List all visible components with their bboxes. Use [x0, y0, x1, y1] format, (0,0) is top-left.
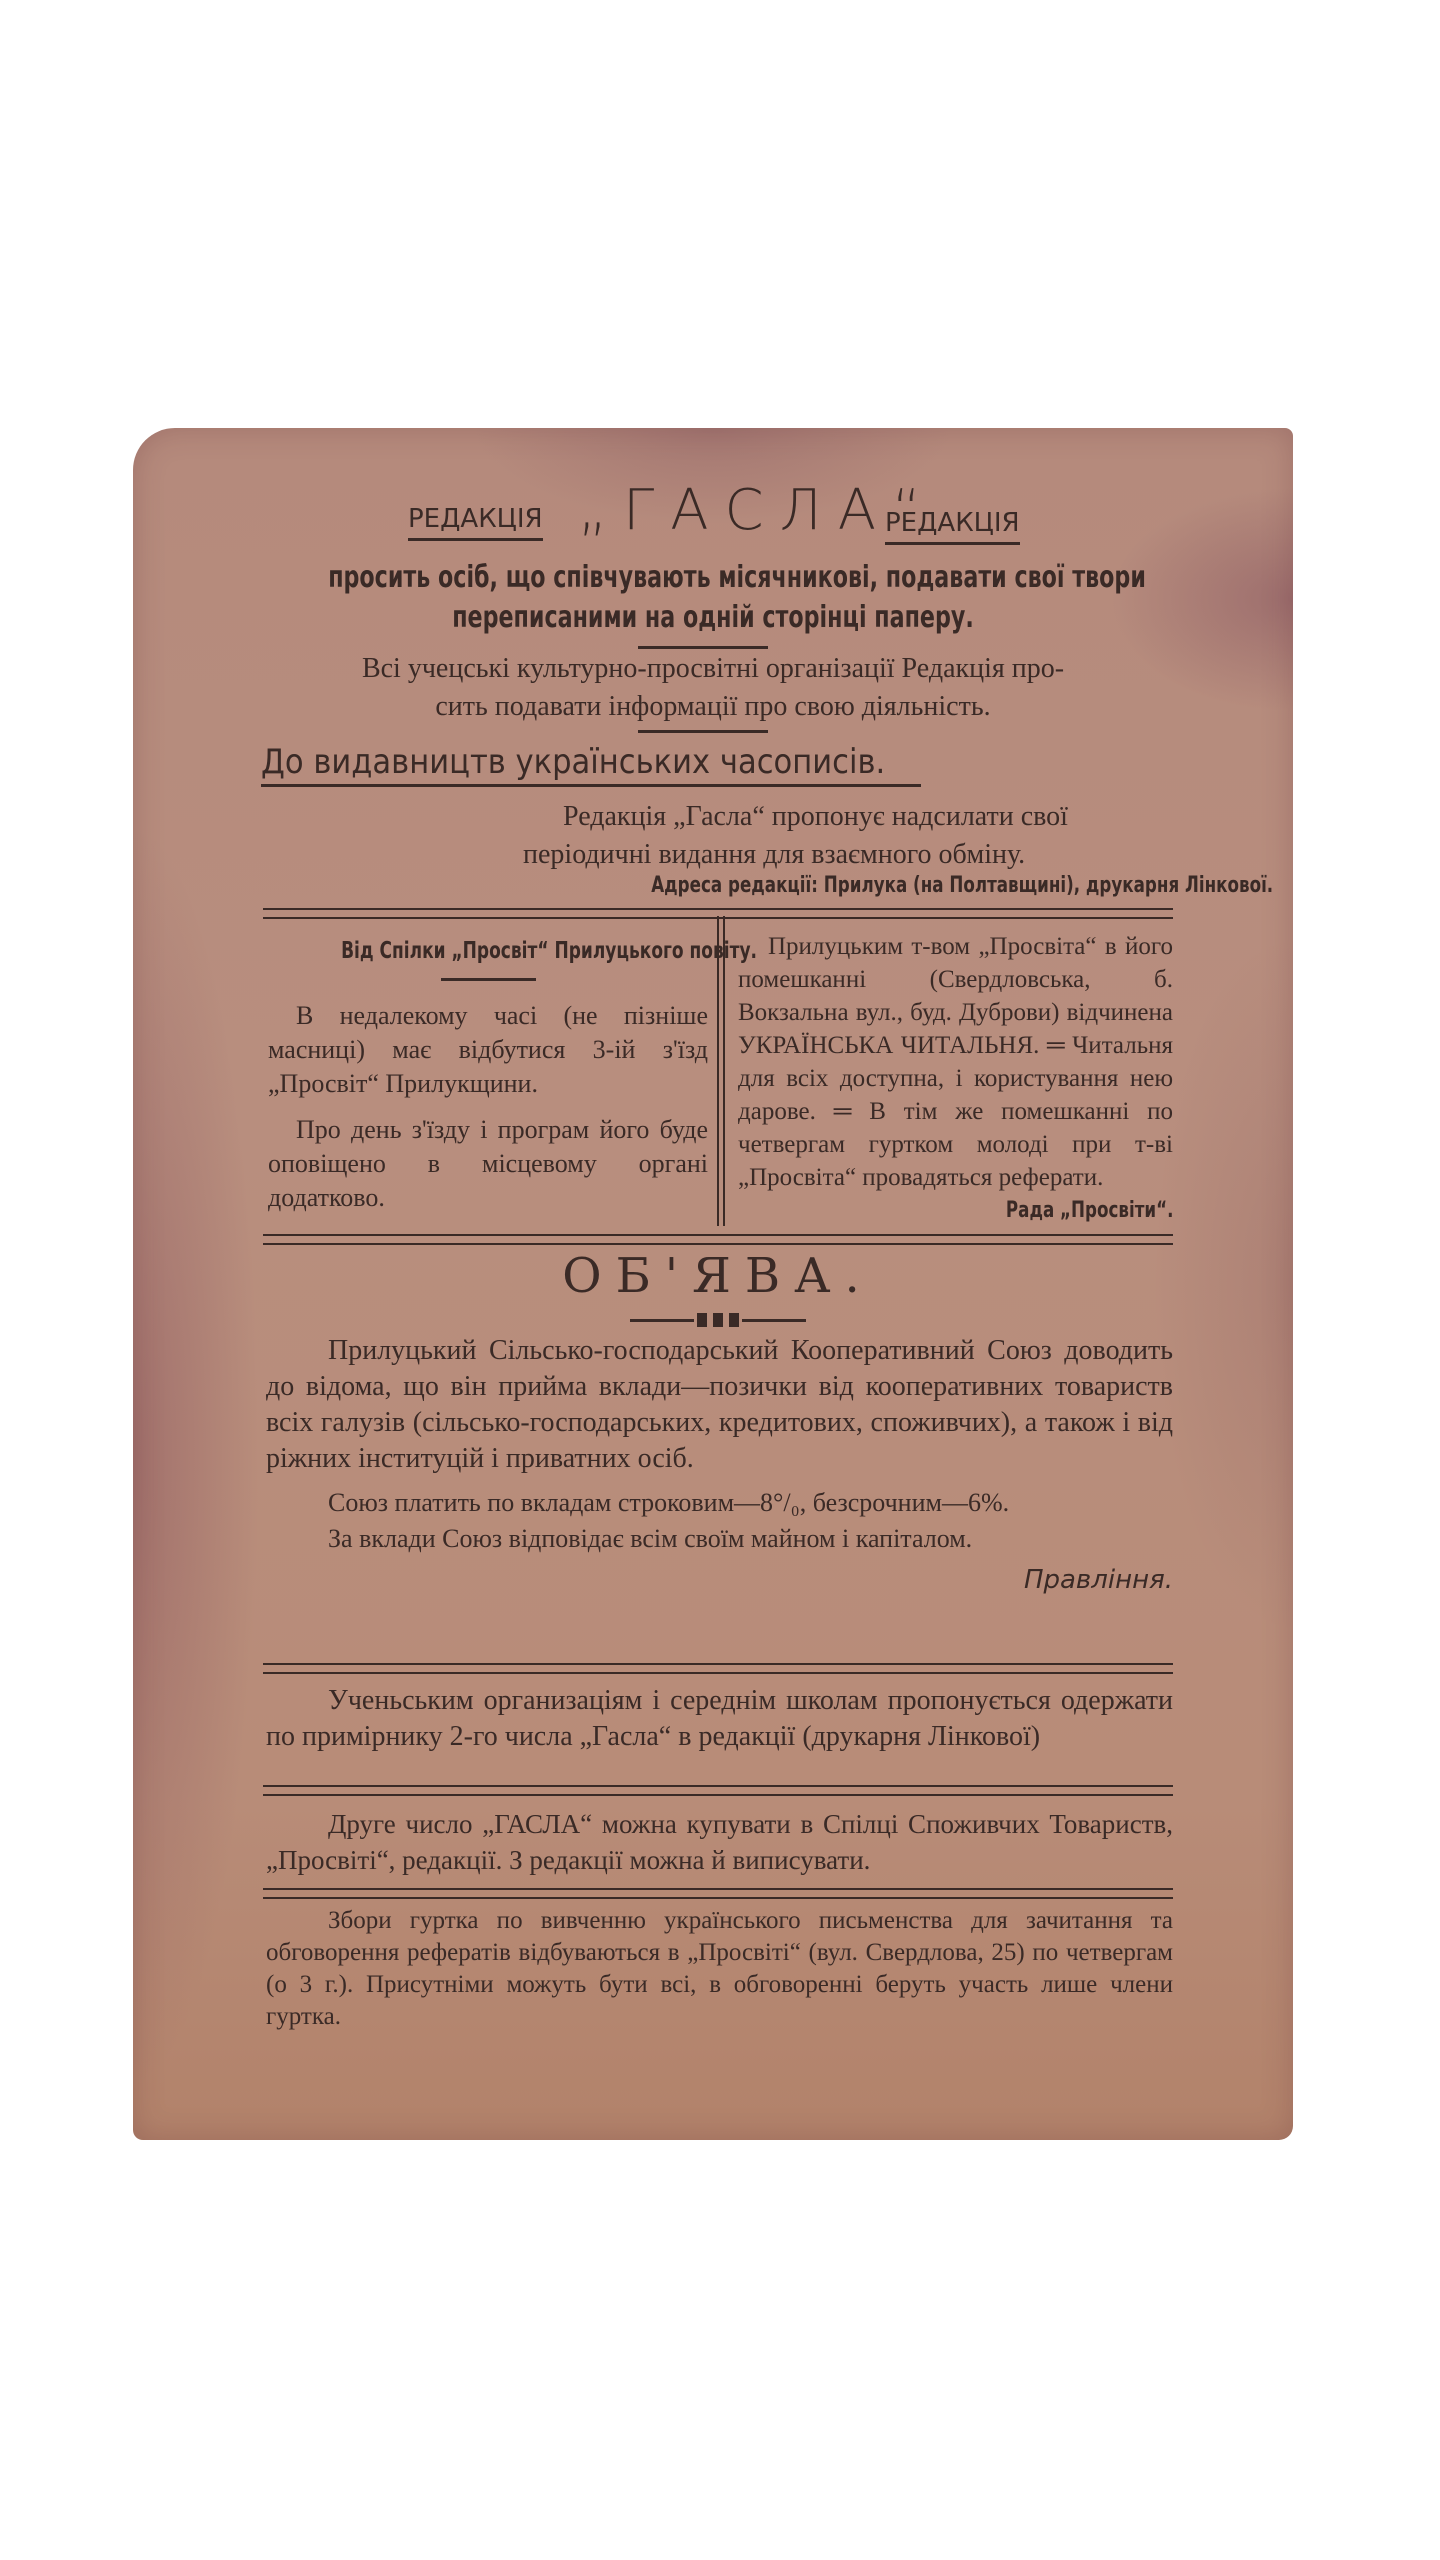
announcement-paragraph: Прилуцький Сільсько-господарський Коопер…	[266, 1333, 1173, 1477]
section-divider	[263, 1888, 1173, 1899]
left-column-paragraph-2: Про день з'їзду і програм його буде опов…	[268, 1113, 708, 1215]
publishers-line-1: Редакція „Гасла“ пропонує надсилати свої	[523, 798, 1163, 836]
reading-room-notice: Прилуцьким т-вом „Просвіта“ в його помеш…	[738, 930, 1173, 1194]
divider	[638, 646, 768, 649]
newspaper-title: „ГАСЛА“	[578, 478, 937, 543]
title-ornament	[263, 1313, 1173, 1327]
column-rule	[723, 916, 725, 1226]
organizations-line-1: Всі учецські культурно-просвітні організ…	[243, 650, 1183, 688]
circle-notice: Збори гуртка по вивченню українського пи…	[266, 1905, 1173, 2033]
circle-notice-text: Збори гуртка по вивченню українського пи…	[266, 1905, 1173, 2033]
publishers-line-2: періодичні видання для взаємного обміну.	[523, 836, 1163, 874]
publishers-heading: До видавництв українських часописів.	[261, 740, 921, 787]
newspaper-page: РЕДАКЦІЯ „ГАСЛА“ РЕДАКЦІЯ просить осіб, …	[133, 428, 1293, 2140]
sales-notice: Друге число „ГАСЛА“ можна купувати в Спі…	[266, 1806, 1173, 1878]
section-divider	[263, 1234, 1173, 1245]
submission-request: просить осіб, що співчувають місячникові…	[193, 558, 1233, 638]
right-column-signature-text: Рада „Просвіти“.	[1005, 1198, 1173, 1223]
left-column: Від Спілки „Просвіт“ Прилуцького повіту.…	[268, 920, 708, 1215]
deposit-rates: Союз платить по вкладам строковим—8°/₀, …	[328, 1485, 1173, 1521]
left-column-paragraph-1: В недалекому часі (не пізніше масниці) м…	[268, 999, 708, 1101]
organizations-notice: Всі учецські культурно-просвітні організ…	[243, 650, 1183, 726]
left-column-heading: Від Спілки „Просвіт“ Прилуцького повіту.	[268, 938, 708, 964]
column-rule	[717, 916, 719, 1226]
announcement-signature: Правління.	[266, 1565, 1173, 1595]
announcement-title-text: ОБ'ЯВА.	[562, 1248, 873, 1304]
header-left-label-text: РЕДАКЦІЯ	[408, 504, 543, 541]
right-column: Прилуцьким т-вом „Просвіта“ в його помеш…	[738, 930, 1173, 1223]
announcement-title: ОБ'ЯВА.	[263, 1248, 1173, 1304]
announcement-signature-text: Правління.	[1024, 1565, 1173, 1595]
section-divider	[263, 1785, 1173, 1796]
header-right-label: РЕДАКЦІЯ	[885, 508, 1020, 538]
left-column-heading-text: Від Спілки „Просвіт“ Прилуцького повіту.	[341, 938, 757, 964]
announcement-body: Прилуцький Сільсько-господарський Коопер…	[266, 1333, 1173, 1595]
divider	[441, 978, 536, 981]
student-notice: Ученьським организаціям і середнім школа…	[266, 1683, 1173, 1755]
divider	[638, 730, 768, 733]
student-notice-text: Ученьським организаціям і середнім школа…	[266, 1683, 1173, 1755]
publishers-heading-text: До видавництв українських часописів.	[261, 740, 855, 784]
request-line-1: просить осіб, що співчувають місячникові…	[328, 558, 1098, 598]
sales-notice-text: Друге число „ГАСЛА“ можна купувати в Спі…	[266, 1806, 1173, 1878]
header-left-label: РЕДАКЦІЯ	[408, 504, 543, 534]
section-divider	[263, 1663, 1173, 1674]
editorial-address-text: Адреса редакції: Прилука (на Полтавщині)…	[651, 873, 1273, 898]
header-right-label-text: РЕДАКЦІЯ	[885, 508, 1020, 545]
editorial-address: Адреса редакції: Прилука (на Полтавщині)…	[553, 873, 1371, 898]
deposit-guarantee: За вклади Союз відповідає всім своїм май…	[328, 1521, 1173, 1557]
organizations-line-2: сить подавати інформації про свою діяльн…	[243, 688, 1183, 726]
request-line-2: переписаними на одній сторінці паперу.	[328, 598, 1098, 638]
publishers-notice: Редакція „Гасла“ пропонує надсилати свої…	[523, 798, 1293, 874]
right-column-signature: Рада „Просвіти“.	[738, 1198, 1173, 1223]
